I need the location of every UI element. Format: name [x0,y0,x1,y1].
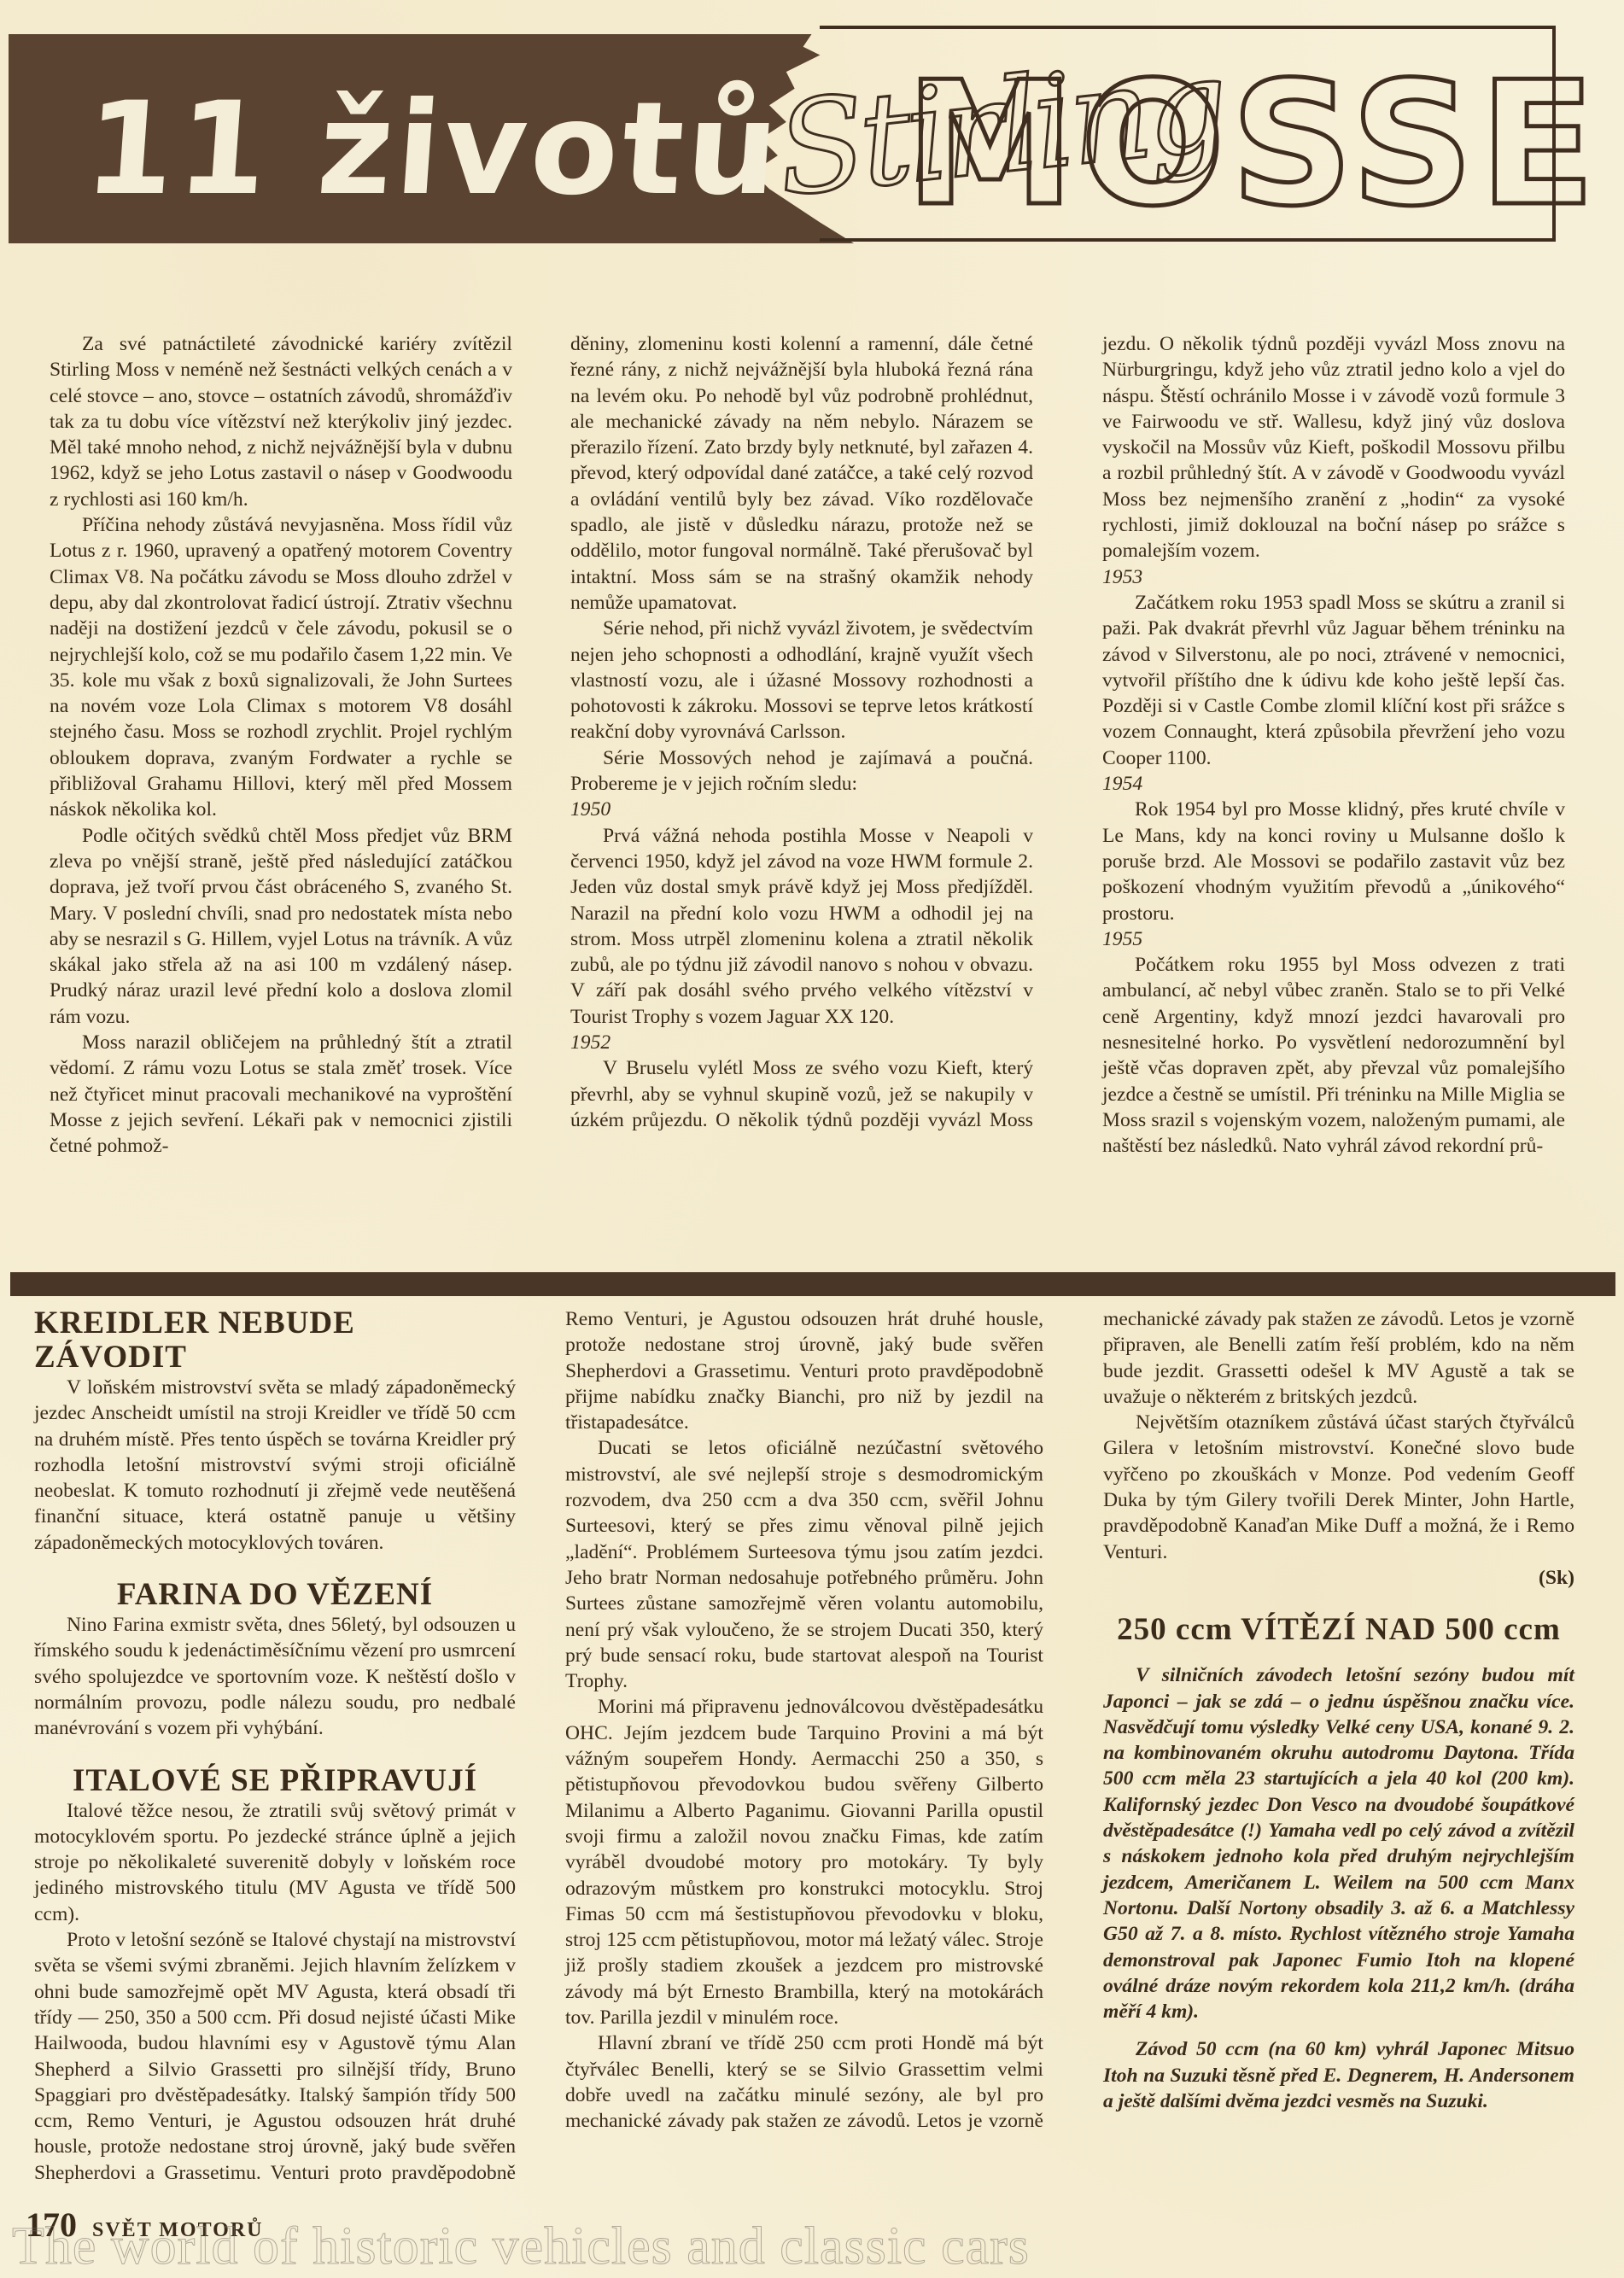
article-paragraph: Série Mossových nehod je zajímavá a pouč… [570,745,1033,797]
section-divider [10,1272,1615,1296]
news-paragraph-italove: Italové těžce nesou, že ztratili svůj sv… [34,1798,516,1927]
article-paragraph-1952-cont: jezdu. O několik týdnů později vyvázl Mo… [1102,331,1565,564]
article-paragraph-1953: Začátkem roku 1953 spadl Moss se skútru … [1102,590,1565,771]
banner-title-left: 11 životů [81,85,786,213]
article-paragraph: Série nehod, při nichž vyvázl životem, j… [570,616,1033,745]
headline-farina: FARINA DO VĚZENÍ [34,1578,516,1612]
article-column-2: děniny, zlomeninu kosti kolenní a ramenn… [570,331,1033,1132]
news-paragraph-italove: Proto v letošní sezóně se Italové chysta… [34,1927,516,2186]
news-paragraph-vitezi: Závod 50 ccm (na 60 km) vyhrál Japonec M… [1103,2036,1574,2114]
news-column-1: KREIDLER NEBUDE ZÁVODIT V loňském mistro… [34,1306,516,2186]
article-paragraph: Příčina nehody zůstává nevyjasněna. Moss… [50,512,512,823]
title-banner: 11 životů MOSSE Stirling [9,26,1554,243]
watermark: The world of historic vehicles and class… [12,2220,1030,2273]
article-paragraph-1952: V Bruselu vylétl Moss ze svého vozu Kief… [570,1055,1033,1132]
headline-vitezi: 250 ccm VÍTĚZÍ NAD 500 ccm [1103,1613,1574,1647]
news-paragraph-vitezi: V silničních závodech letošní sezóny bud… [1103,1662,1574,2024]
magazine-page: 11 životů MOSSE Stirling Za své patnácti… [0,0,1624,2278]
vitezi-body: V silničních závodech letošní sezóny bud… [1103,1662,1574,2114]
article-paragraph-1955: Počátkem roku 1955 byl Moss odvezen z tr… [1102,952,1565,1159]
news-paragraph-benelli: Hlavní zbraní ve třídě 250 ccm proti Hon… [565,2030,1043,2134]
news-paragraph-benelli-cont: mechanické závady pak stažen ze závodů. … [1103,1306,1574,1410]
article-paragraph: děniny, zlomeninu kosti kolenní a ramenn… [570,331,1033,616]
article-paragraph: Za své patnáctileté závodnické kariéry z… [50,331,512,512]
news-paragraph-italove-cont: Remo Venturi, je Agustou odsouzen hrát d… [565,1306,1043,1435]
article-paragraph: Podle očitých svědků chtěl Moss předjet … [50,823,512,1030]
article-column-1: Za své patnáctileté závodnické kariéry z… [50,331,512,1159]
news-paragraph-gilera: Největším otazníkem zůstává účast starýc… [1103,1410,1574,1565]
article-paragraph-1954: Rok 1954 byl pro Mosse klidný, přes krut… [1102,797,1565,926]
news-column-2: Remo Venturi, je Agustou odsouzen hrát d… [565,1306,1043,2134]
news-paragraph-ducati: Ducati se letos oficiálně nezúčastní svě… [565,1435,1043,1694]
news-paragraph-morini: Morini má připravenu jednoválcovou dvěst… [565,1694,1043,2030]
year-heading-1955: 1955 [1102,926,1565,952]
year-heading-1950: 1950 [570,797,1033,822]
year-heading-1952: 1952 [570,1030,1033,1055]
article-paragraph: Moss narazil obličejem na průhledný štít… [50,1030,512,1159]
news-paragraph-farina: Nino Farina exmistr světa, dnes 56letý, … [34,1612,516,1741]
news-column-3: mechanické závady pak stažen ze závodů. … [1103,1306,1574,2114]
year-heading-1954: 1954 [1102,771,1565,797]
year-heading-1953: 1953 [1102,564,1565,590]
author-signature: (Sk) [1103,1565,1574,1591]
article-column-3: jezdu. O několik týdnů později vyvázl Mo… [1102,331,1565,1159]
news-paragraph-kreidler: V loňském mistrovství světa se mladý záp… [34,1375,516,1556]
article-paragraph-1950: Prvá vážná nehoda postihla Mosse v Neapo… [570,823,1033,1030]
headline-italove: ITALOVÉ SE PŘIPRAVUJÍ [34,1764,516,1798]
headline-kreidler: KREIDLER NEBUDE ZÁVODIT [34,1306,516,1375]
